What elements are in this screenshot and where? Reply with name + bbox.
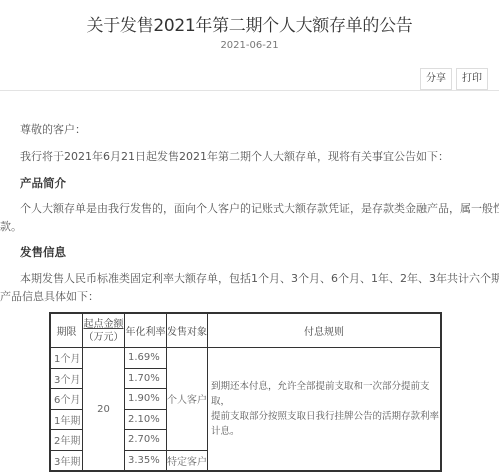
- section-title-sale-info: 发售信息: [20, 244, 66, 260]
- table-row: 1个月 20 1.69% 个人客户 到期还本付息，允许全部提前支取和一次部分提前…: [51, 348, 441, 369]
- min-amount-cell: 20: [83, 348, 125, 471]
- header-min-amount: 起点金额 （万元）: [83, 314, 125, 348]
- share-button[interactable]: 分享: [420, 68, 452, 90]
- header-min-amount-line2: （万元）: [84, 332, 124, 343]
- rate-cell: 1.70%: [125, 368, 167, 389]
- sale-info-line1: 本期发售人民币标准类固定利率大额存单，包括1个月、3个月、6个月、1年、2年、3…: [20, 270, 499, 286]
- header-divider: [0, 90, 499, 91]
- rate-cell: 2.70%: [125, 430, 167, 451]
- header-target: 发售对象: [167, 314, 208, 348]
- term-cell: 1个月: [51, 348, 83, 369]
- header-rate: 年化利率: [125, 314, 167, 348]
- interest-rule-line2: 提前支取部分按照支取日我行挂牌公告的活期存款利率计息。: [211, 411, 439, 437]
- rate-cell: 3.35%: [125, 450, 167, 471]
- sale-info-line2: 产品信息具体如下：: [0, 288, 99, 304]
- product-table: 期限 起点金额 （万元） 年化利率 发售对象 付息规则 1个月 20 1.69%…: [50, 313, 441, 471]
- target-specific-cell: 特定客户: [167, 450, 208, 471]
- header-interest-rule: 付息规则: [208, 314, 441, 348]
- term-cell: 6个月: [51, 389, 83, 410]
- product-intro-line1: 个人大额存单是由我行发售的，面向个人客户的记账式大额存款凭证，是存款类金融产品，…: [20, 200, 499, 216]
- intro-paragraph: 我行将于2021年6月21日起发售2021年第二期个人大额存单，现将有关事宜公告…: [20, 148, 449, 164]
- section-title-product-intro: 产品简介: [20, 175, 66, 191]
- product-intro-line2: 款。: [0, 218, 22, 234]
- header-term: 期限: [51, 314, 83, 348]
- rate-cell: 1.69%: [125, 348, 167, 369]
- page-title: 关于发售2021年第二期个人大额存单的公告: [0, 11, 499, 36]
- interest-rule-cell: 到期还本付息，允许全部提前支取和一次部分提前支取， 提前支取部分按照支取日我行挂…: [208, 348, 441, 471]
- publish-date: 2021-06-21: [0, 40, 499, 51]
- interest-rule-line1: 到期还本付息，允许全部提前支取和一次部分提前支取，: [211, 381, 430, 407]
- term-cell: 3个月: [51, 368, 83, 389]
- term-cell: 3年期: [51, 450, 83, 471]
- term-cell: 1年期: [51, 409, 83, 430]
- rate-cell: 2.10%: [125, 409, 167, 430]
- greeting: 尊敬的客户：: [20, 121, 86, 137]
- rate-cell: 1.90%: [125, 389, 167, 410]
- table-header-row: 期限 起点金额 （万元） 年化利率 发售对象 付息规则: [51, 314, 441, 348]
- print-button[interactable]: 打印: [456, 68, 488, 90]
- header-min-amount-line1: 起点金额: [84, 319, 124, 330]
- term-cell: 2年期: [51, 430, 83, 451]
- target-individual-cell: 个人客户: [167, 348, 208, 451]
